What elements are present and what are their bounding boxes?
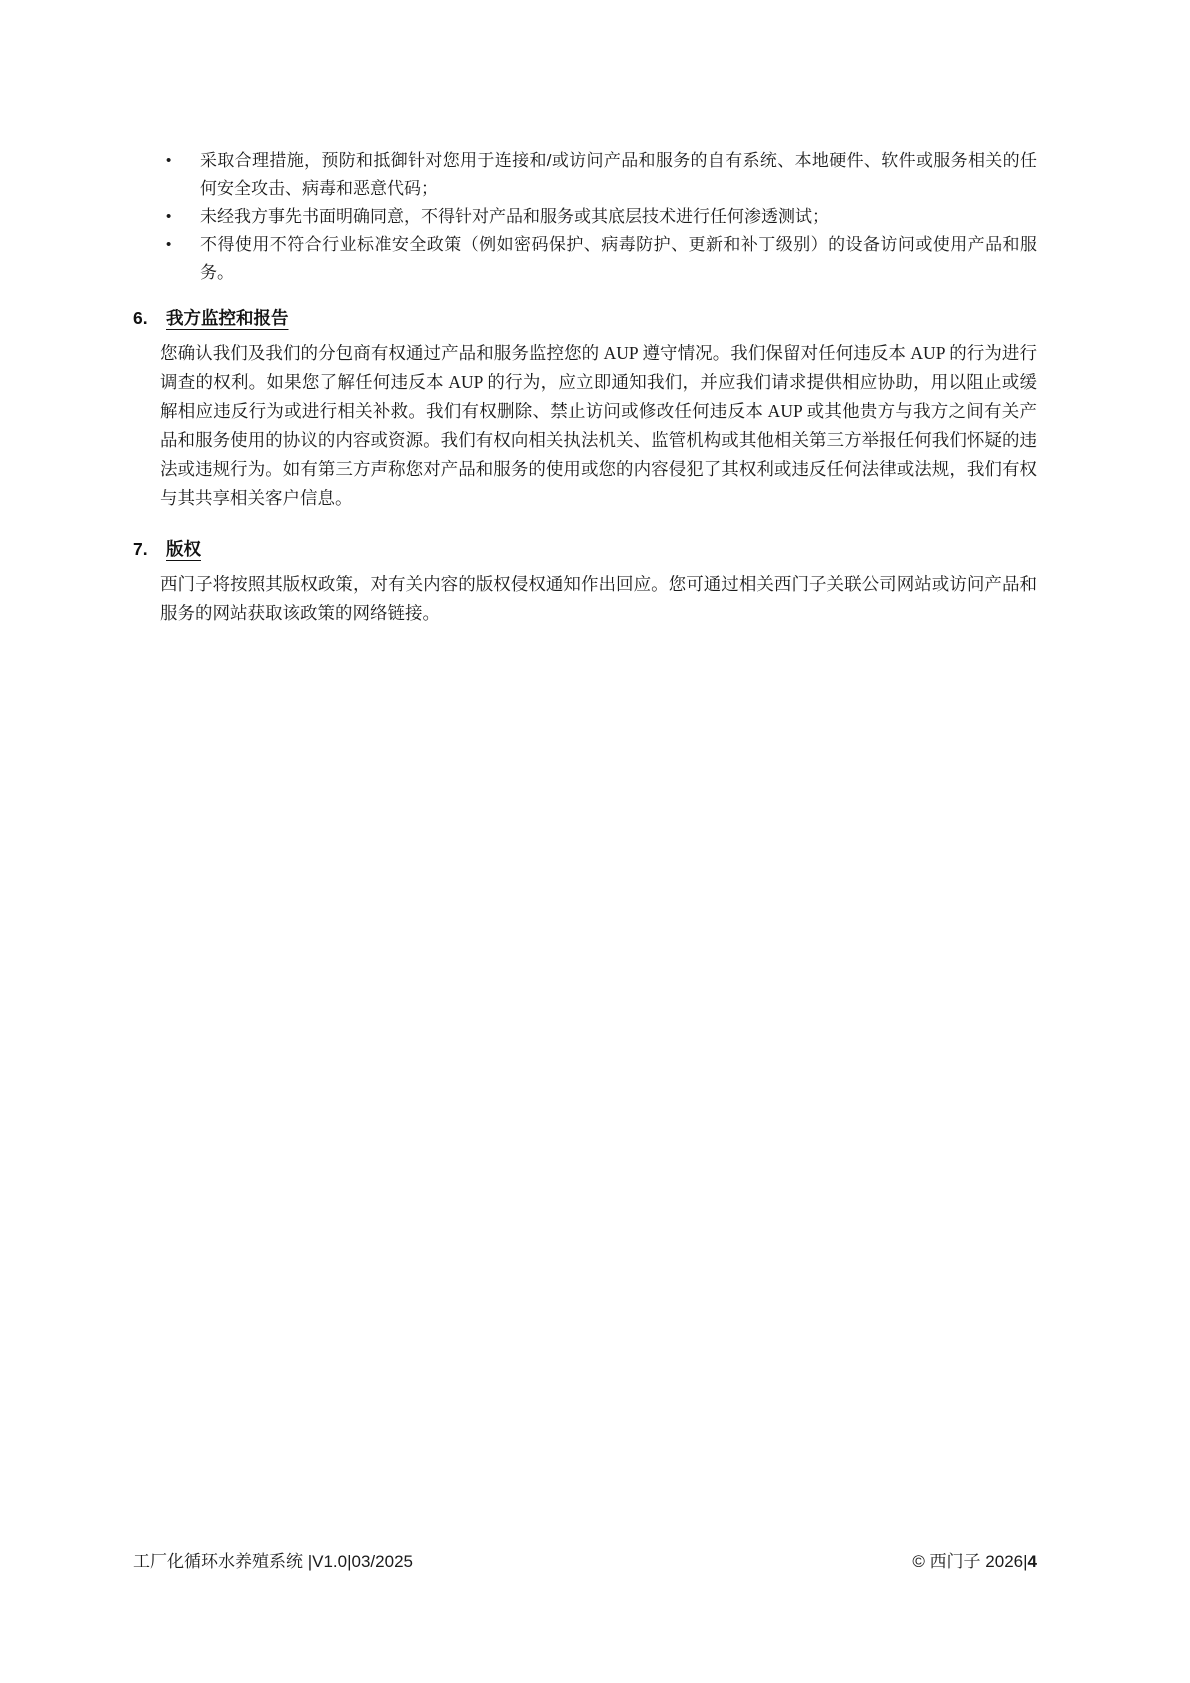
section-heading-monitoring: 6. 我方监控和报告 bbox=[133, 307, 1037, 329]
bullet-text: 采取合理措施，预防和抵御针对您用于连接和/或访问产品和服务的自有系统、本地硬件、… bbox=[200, 147, 1037, 203]
footer-copyright: © 西门子 2026|4 bbox=[912, 1551, 1037, 1573]
section-paragraph-copyright: 西门子将按照其版权政策，对有关内容的版权侵权通知作出回应。您可通过相关西门子关联… bbox=[160, 570, 1037, 628]
bullet-icon: • bbox=[133, 147, 200, 203]
section-number: 7. bbox=[133, 538, 166, 560]
page-number: 4 bbox=[1028, 1552, 1037, 1571]
document-page: • 采取合理措施，预防和抵御针对您用于连接和/或访问产品和服务的自有系统、本地硬… bbox=[0, 0, 1190, 1683]
page-footer: 工厂化循环水养殖系统 |V1.0|03/2025 © 西门子 2026|4 bbox=[133, 1551, 1037, 1573]
list-item: • 未经我方事先书面明确同意，不得针对产品和服务或其底层技术进行任何渗透测试； bbox=[133, 203, 1037, 231]
section-title: 版权 bbox=[166, 538, 201, 560]
bullet-text: 不得使用不符合行业标准安全政策（例如密码保护、病毒防护、更新和补丁级别）的设备访… bbox=[200, 231, 1037, 287]
section-number: 6. bbox=[133, 307, 166, 329]
bullet-icon: • bbox=[133, 203, 200, 231]
page-content: • 采取合理措施，预防和抵御针对您用于连接和/或访问产品和服务的自有系统、本地硬… bbox=[133, 147, 1037, 628]
footer-document-title: 工厂化循环水养殖系统 |V1.0|03/2025 bbox=[133, 1551, 413, 1573]
bullet-text: 未经我方事先书面明确同意，不得针对产品和服务或其底层技术进行任何渗透测试； bbox=[200, 203, 1037, 231]
section-paragraph-monitoring: 您确认我们及我们的分包商有权通过产品和服务监控您的 AUP 遵守情况。我们保留对… bbox=[160, 339, 1037, 513]
bullet-icon: • bbox=[133, 231, 200, 287]
list-item: • 不得使用不符合行业标准安全政策（例如密码保护、病毒防护、更新和补丁级别）的设… bbox=[133, 231, 1037, 287]
bullet-list: • 采取合理措施，预防和抵御针对您用于连接和/或访问产品和服务的自有系统、本地硬… bbox=[133, 147, 1037, 287]
section-heading-copyright: 7. 版权 bbox=[133, 538, 1037, 560]
list-item: • 采取合理措施，预防和抵御针对您用于连接和/或访问产品和服务的自有系统、本地硬… bbox=[133, 147, 1037, 203]
section-title: 我方监控和报告 bbox=[166, 307, 289, 329]
copyright-text: © 西门子 2026| bbox=[912, 1552, 1027, 1571]
